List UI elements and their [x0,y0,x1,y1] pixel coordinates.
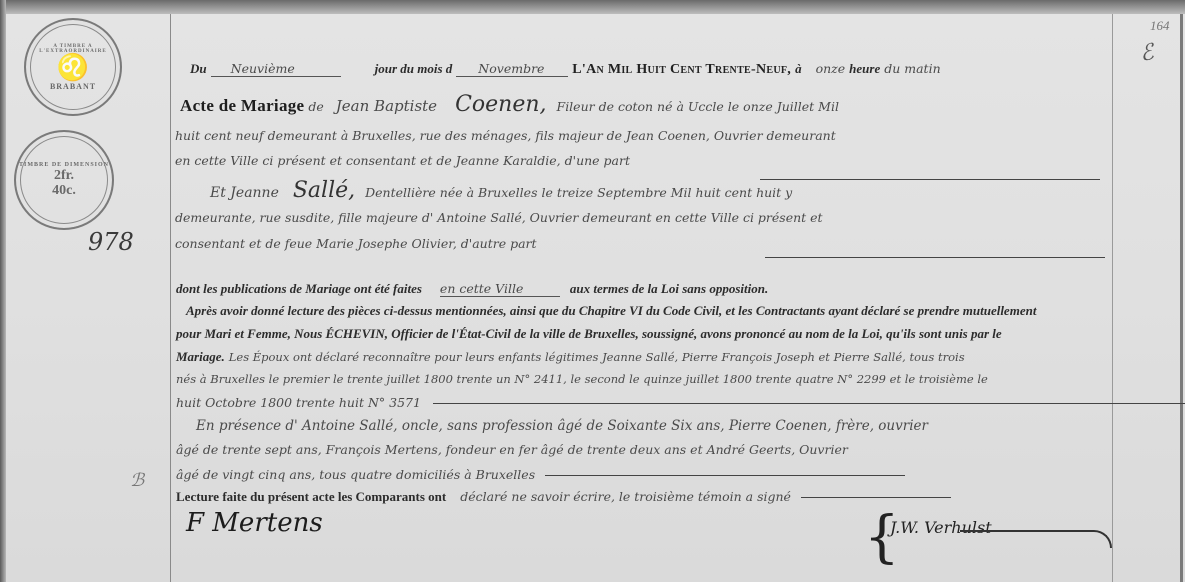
time-of-day-value: du matin [884,61,940,76]
paraph-mark: ℰ [1138,39,1156,67]
groom-mother-line: en cette Ville ci présent et consentant … [175,153,630,168]
margin-rule [170,14,171,582]
folio-number: 164 [1150,18,1170,34]
bride-line: Et Jeanne Sallé, Dentellière née à Bruxe… [210,178,792,203]
day-value: Neuvième [211,61,341,77]
handwritten-de: de [308,99,323,114]
legitimation-line: Mariage. Les Époux ont déclaré reconnaît… [176,348,965,366]
bride-residence-line: demeurante, rue susdite, fille majeure d… [175,210,823,225]
witnesses-line-1: En présence d' Antoine Sallé, oncle, san… [196,418,928,434]
hour-value: onze [816,61,846,76]
reading-signature-line: Lecture faite du présent acte les Compar… [176,488,951,506]
label-a: à [795,61,802,76]
groom-details: Fileur de coton né à Uccle le onze Juill… [557,99,839,114]
publications-tail: aux termes de la Loi sans opposition. [570,281,768,296]
signature-flourish [960,530,1112,548]
signature-declaration: déclaré ne savoir écrire, le troisième t… [460,489,791,504]
mariage-label: Mariage. [176,349,225,364]
page-top-shadow [0,0,1185,14]
witnesses-line-2: âgé de trente sept ans, François Mertens… [176,442,848,457]
page-right-edge [1180,14,1183,582]
margin-annotation: ℬ [130,470,144,491]
fill-rule [760,170,1105,188]
month-value: Novembre [456,61,568,77]
register-page: A TIMBRE A L'EXTRAORDINAIRE ♌ BRABANT TI… [0,0,1185,582]
publications-label: dont les publications de Mariage ont été… [176,281,422,296]
groom-residence-line: huit cent neuf demeurant à Bruxelles, ru… [175,128,836,143]
lion-icon: ♌ [57,54,89,82]
date-line: Du Neuvième jour du mois d Novembre L'An… [190,60,941,78]
right-margin-rule [1112,14,1113,582]
third-child-text: huit Octobre 1800 trente huit N° 3571 [176,395,421,410]
witnesses-line-3: âgé de vingt cinq ans, tous quatre domic… [176,466,905,484]
publications-line: dont les publications de Mariage ont été… [176,280,768,298]
label-du: Du [190,61,207,76]
fill-rule [765,248,1105,266]
stamp-value-francs: 2fr. [54,168,74,183]
reading-label: Lecture faite du présent acte les Compar… [176,489,446,504]
third-child-line: huit Octobre 1800 trente huit N° 3571 [176,394,1185,412]
pronouncement-line: pour Mari et Femme, Nous ÉCHEVIN, Offici… [176,326,1002,342]
register-number: 978 [88,228,134,256]
bride-first-name: Et Jeanne [210,185,279,201]
label-month: jour du mois d [375,61,453,76]
witnesses-domicile: âgé de vingt cinq ans, tous quatre domic… [176,467,535,482]
publications-place: en cette Ville [440,281,560,297]
stamp-top-text: A TIMBRE A L'EXTRAORDINAIRE [26,44,120,54]
brabant-stamp: A TIMBRE A L'EXTRAORDINAIRE ♌ BRABANT [24,18,122,116]
label-heure: heure [849,61,880,76]
dimension-stamp: TIMBRE DE DIMENSION 2fr. 40c. [14,130,114,230]
stamp-bottom-text: BRABANT [50,82,96,91]
year-text: L'An Mil Huit Cent Trente-Neuf, [572,62,791,77]
groom-surname: Coenen, [455,92,546,117]
stamp-value-cents: 40c. [52,183,76,198]
groom-line: Acte de Mariage de Jean Baptiste Coenen,… [180,92,839,117]
witness-signature: F Mertens [186,508,323,538]
bride-surname: Sallé, [293,178,355,203]
bride-mother-line: consentant et de feue Marie Josephe Oliv… [175,236,537,251]
binding-edge [0,0,6,582]
children-births-line: nés à Bruxelles le premier le trente jui… [176,372,988,386]
legitimation-text: Les Époux ont déclaré reconnaître pour l… [229,350,965,364]
act-title: Acte de Mariage [180,96,304,115]
groom-first-names: Jean Baptiste [336,97,437,115]
reading-clause-line: Après avoir donné lecture des pièces ci-… [186,303,1036,319]
bride-details: Dentellière née à Bruxelles le treize Se… [365,185,792,200]
